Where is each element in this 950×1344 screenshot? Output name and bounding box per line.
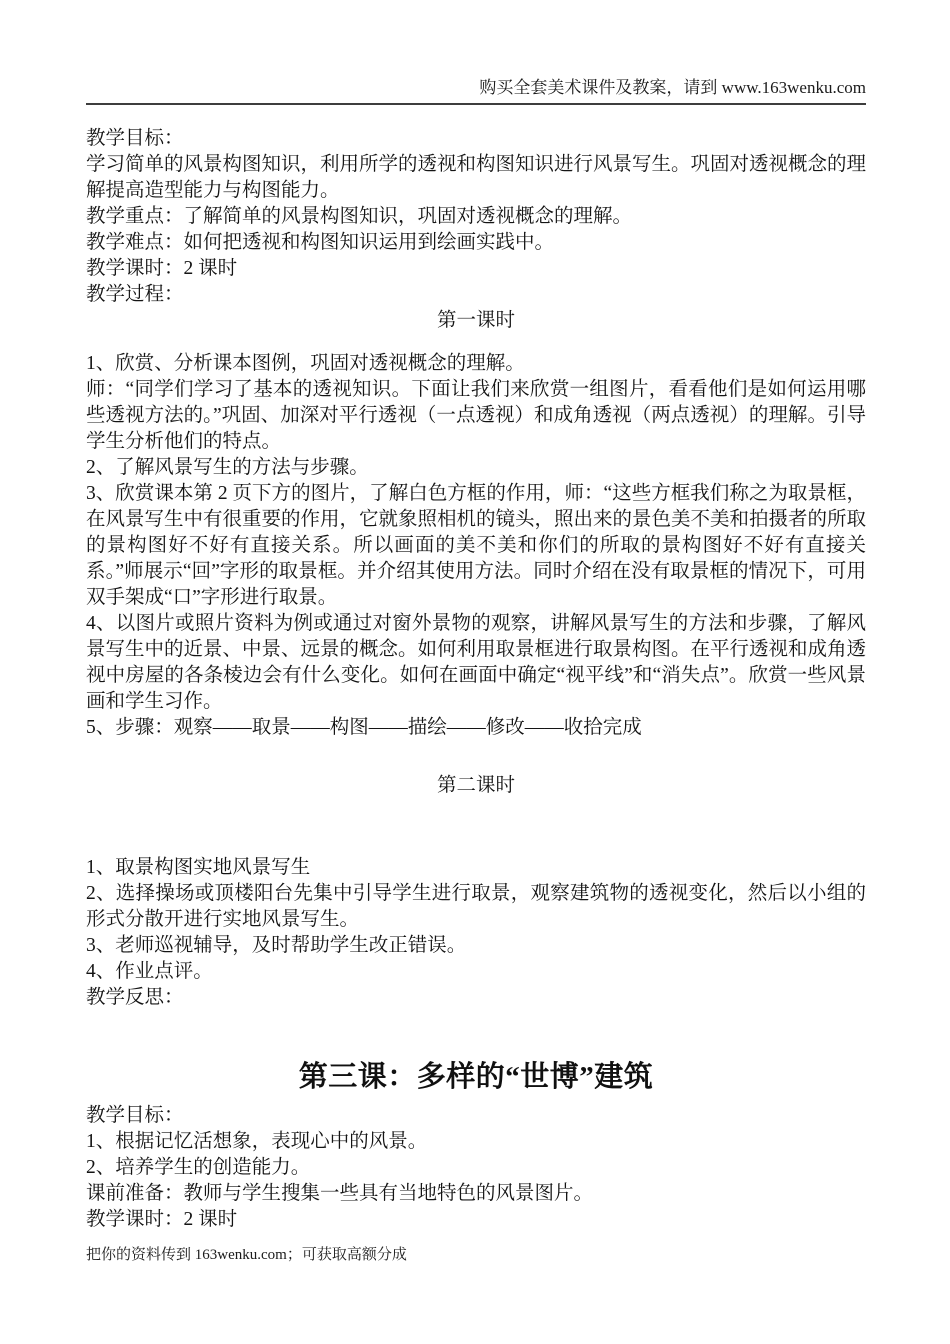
period1-heading: 第一课时 xyxy=(86,308,866,334)
period1-step: 1、欣赏、分析课本图例，巩固对透视概念的理解。 xyxy=(86,351,866,377)
lesson3-preparation: 课前准备：教师与学生搜集一些具有当地特色的风景图片。 xyxy=(86,1181,866,1207)
periods: 教学课时：2 课时 xyxy=(86,256,866,282)
lesson3-goal: 2、培养学生的创造能力。 xyxy=(86,1155,866,1181)
period2-step: 3、老师巡视辅导，及时帮助学生改正错误。 xyxy=(86,933,866,959)
lesson3-goal: 1、根据记忆活想象，表现心中的风景。 xyxy=(86,1129,866,1155)
period1-step: 2、了解风景写生的方法与步骤。 xyxy=(86,455,866,481)
reflection-label: 教学反思： xyxy=(86,985,866,1011)
period2-step: 2、选择操场或顶楼阳台先集中引导学生进行取景，观察建筑物的透视变化，然后以小组的… xyxy=(86,881,866,933)
page-footer: 把你的资料传到 163wenku.com；可获取高额分成 xyxy=(86,1246,866,1265)
document-body: 教学目标： 学习简单的风景构图知识，利用所学的透视和构图知识进行风景写生。巩固对… xyxy=(86,126,866,1233)
lesson3-title: 第三课：多样的“世博”建筑 xyxy=(86,1057,866,1097)
period2-heading: 第二课时 xyxy=(86,773,866,799)
goal-text: 学习简单的风景构图知识，利用所学的透视和构图知识进行风景写生。巩固对透视概念的理… xyxy=(86,152,866,204)
period1-step: 3、欣赏课本第 2 页下方的图片，了解白色方框的作用，师：“这些方框我们称之为取… xyxy=(86,481,866,611)
document-page: 购买全套美术课件及教案，请到 www.163wenku.com 教学目标： 学习… xyxy=(0,0,950,1344)
key-point: 教学重点：了解简单的风景构图知识，巩固对透视概念的理解。 xyxy=(86,204,866,230)
difficulty: 教学难点：如何把透视和构图知识运用到绘画实践中。 xyxy=(86,230,866,256)
lesson3-periods: 教学课时：2 课时 xyxy=(86,1207,866,1233)
period2-step: 4、作业点评。 xyxy=(86,959,866,985)
page-header: 购买全套美术课件及教案，请到 www.163wenku.com xyxy=(86,0,866,105)
header-promo-text: 购买全套美术课件及教案，请到 www.163wenku.com xyxy=(479,78,866,97)
period2-step: 1、取景构图实地风景写生 xyxy=(86,855,866,881)
period1-step: 5、步骤：观察——取景——构图——描绘——修改——收拾完成 xyxy=(86,715,866,741)
process-label: 教学过程： xyxy=(86,282,866,308)
footer-note: 把你的资料传到 163wenku.com；可获取高额分成 xyxy=(86,1247,407,1263)
goal-label: 教学目标： xyxy=(86,126,866,152)
period1-step: 师：“同学们学习了基本的透视知识。下面让我们来欣赏一组图片，看看他们是如何运用哪… xyxy=(86,377,866,455)
lesson3-goal-label: 教学目标： xyxy=(86,1103,866,1129)
period1-step: 4、以图片或照片资料为例或通过对窗外景物的观察，讲解风景写生的方法和步骤，了解风… xyxy=(86,611,866,715)
